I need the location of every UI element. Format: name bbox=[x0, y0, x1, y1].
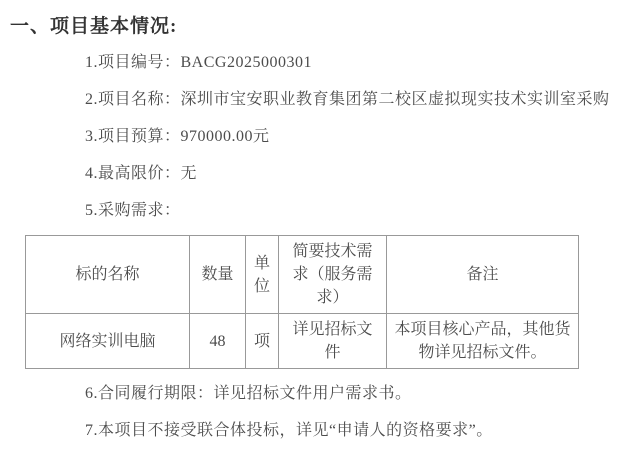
table-header-quantity: 数量 bbox=[190, 236, 246, 314]
table-header-remarks: 备注 bbox=[387, 236, 579, 314]
table-cell-subject-name: 网络实训电脑 bbox=[26, 314, 190, 369]
table-cell-tech-requirements: 详见招标文件 bbox=[279, 314, 387, 369]
para-project-budget: 3.项目预算：970000.00元 bbox=[10, 118, 619, 155]
para-project-name: 2.项目名称：深圳市宝安职业教育集团第二校区虚拟现实技术实训室采购 bbox=[10, 81, 619, 118]
para-contract-period: 6.合同履行期限：详见招标文件用户需求书。 bbox=[10, 375, 619, 412]
procurement-notice-document: 一、项目基本情况: 1.项目编号：BACG2025000301 2.项目名称：深… bbox=[0, 0, 633, 459]
table-cell-quantity: 48 bbox=[190, 314, 246, 369]
table-cell-unit: 项 bbox=[246, 314, 279, 369]
para-project-number: 1.项目编号：BACG2025000301 bbox=[10, 44, 619, 81]
table-header-unit: 单位 bbox=[246, 236, 279, 314]
para-max-price-limit: 4.最高限价：无 bbox=[10, 155, 619, 192]
para-no-consortium-bidding: 7.本项目不接受联合体投标，详见“申请人的资格要求”。 bbox=[10, 412, 619, 449]
table-row: 网络实训电脑 48 项 详见招标文件 本项目核心产品，其他货物详见招标文件。 bbox=[26, 314, 579, 369]
table-header-tech-requirements: 简要技术需求（服务需求） bbox=[279, 236, 387, 314]
table-header-subject-name: 标的名称 bbox=[26, 236, 190, 314]
para-procurement-demand: 5.采购需求： bbox=[10, 192, 619, 229]
table-cell-remarks: 本项目核心产品，其他货物详见招标文件。 bbox=[387, 314, 579, 369]
table-header-row: 标的名称 数量 单位 简要技术需求（服务需求） 备注 bbox=[26, 236, 579, 314]
procurement-requirements-table: 标的名称 数量 单位 简要技术需求（服务需求） 备注 网络实训电脑 48 项 详… bbox=[25, 235, 579, 369]
section-heading-basic-info: 一、项目基本情况: bbox=[10, 14, 619, 40]
